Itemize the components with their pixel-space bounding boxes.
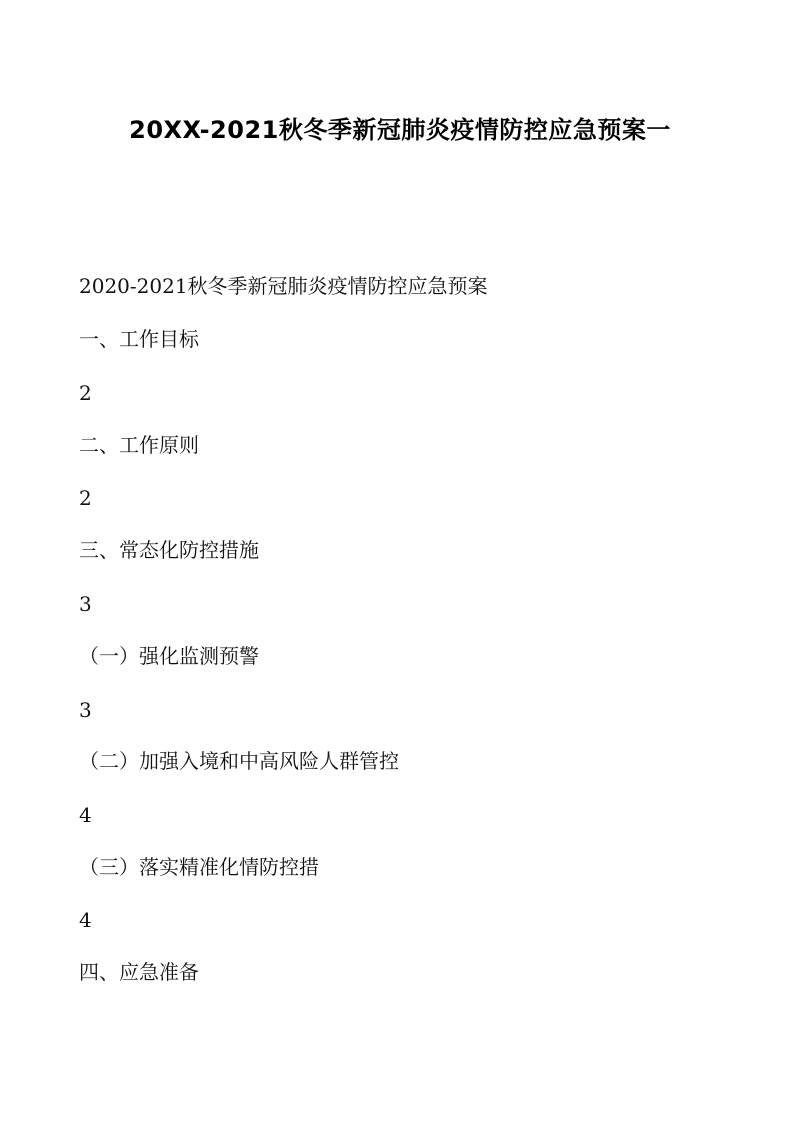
toc-heading: 2020-2021秋冬季新冠肺炎疫情防控应急预案: [79, 272, 488, 300]
toc-page-number: 3: [79, 696, 92, 724]
toc-item-subsection-3-2: （二）加强入境和中高风险人群管控: [79, 747, 399, 775]
toc-item-section-1: 一、工作目标: [79, 325, 199, 353]
toc-page-number: 2: [79, 379, 92, 407]
toc-item-section-3: 三、常态化防控措施: [79, 536, 259, 564]
toc-page-number: 2: [79, 484, 92, 512]
toc-page-number: 4: [79, 906, 92, 934]
toc-item-subsection-3-1: （一）强化监测预警: [79, 642, 259, 670]
toc-page-number: 4: [79, 801, 92, 829]
toc-item-section-2: 二、工作原则: [79, 431, 199, 459]
page-title: 20XX-2021秋冬季新冠肺炎疫情防控应急预案一: [0, 112, 800, 148]
toc-item-section-4: 四、应急准备: [79, 958, 199, 986]
toc-page-number: 3: [79, 590, 92, 618]
toc-item-subsection-3-3: （三）落实精准化情防控措: [79, 853, 319, 881]
